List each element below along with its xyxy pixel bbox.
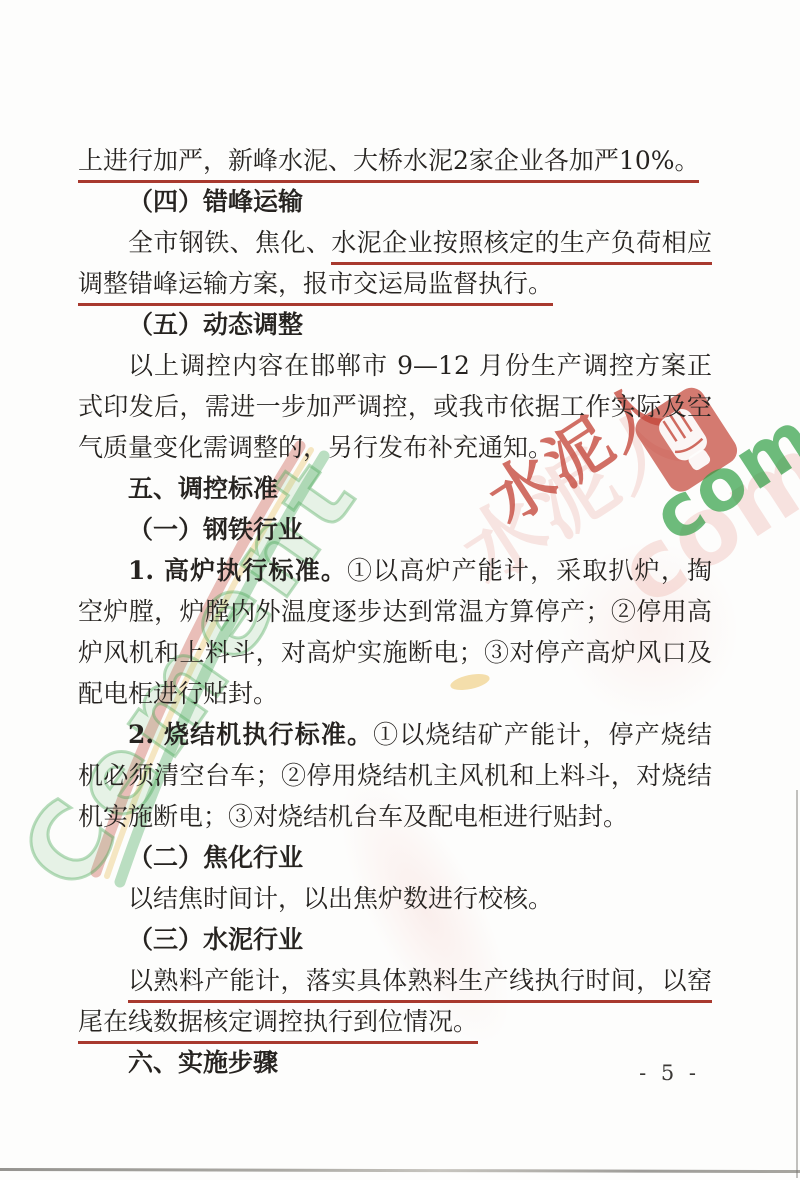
- heading: 六、实施步骤: [78, 1042, 712, 1083]
- heading: 五、调控标准: [78, 468, 712, 509]
- text-run: 上进行加严，新峰水泥、大桥水泥2家企业各加严10%。: [78, 146, 699, 183]
- paragraph: 2. 烧结机执行标准。①以烧结矿产能计，停产烧结机必须清空台车；②停用烧结机主风…: [78, 714, 712, 837]
- text-run: （四）错峰运输: [128, 187, 303, 216]
- text-run: 以上调控内容在邯郸市 9—12 月份生产调控方案正式印发后，需进一步加严调控，或…: [78, 351, 712, 462]
- heading: （四）错峰运输: [78, 181, 712, 222]
- text-run: 1. 高炉执行标准。: [128, 556, 347, 585]
- heading: （三）水泥行业: [78, 919, 712, 960]
- page-number: - 5 -: [639, 1061, 700, 1085]
- paragraph: 以上调控内容在邯郸市 9—12 月份生产调控方案正式印发后，需进一步加严调控，或…: [78, 345, 712, 468]
- scan-right-edge: [796, 790, 798, 1178]
- text-run: （二）焦化行业: [128, 843, 303, 872]
- paragraph: 1. 高炉执行标准。①以高炉产能计，采取扒炉，掏空炉膛，炉膛内外温度逐步达到常温…: [78, 550, 712, 714]
- scanned-document-page: Cement 水泥人 水泥人 com com 上进行加严，新峰水泥、大桥水泥2家…: [0, 0, 800, 1180]
- paragraph: 上进行加严，新峰水泥、大桥水泥2家企业各加严10%。: [78, 140, 712, 181]
- text-run: 全市钢铁、焦化、: [128, 228, 331, 257]
- document-content: 上进行加严，新峰水泥、大桥水泥2家企业各加严10%。（四）错峰运输全市钢铁、焦化…: [0, 0, 800, 1083]
- scan-bottom-edge: [0, 1168, 800, 1173]
- paragraph: 以熟料产能计，落实具体熟料生产线执行时间，以窑尾在线数据核定调控执行到位情况。: [78, 960, 712, 1042]
- text-run: 六、实施步骤: [128, 1048, 278, 1077]
- paragraph: 以结焦时间计，以出焦炉数进行校核。: [78, 878, 712, 919]
- text-run: 五、调控标准: [128, 474, 278, 503]
- heading: （一）钢铁行业: [78, 509, 712, 550]
- text-run: （五）动态调整: [128, 310, 303, 339]
- text-run: （一）钢铁行业: [128, 515, 303, 544]
- text-run: （三）水泥行业: [128, 925, 303, 954]
- text-run: 2. 烧结机执行标准。: [128, 720, 373, 749]
- text-run: 以结焦时间计，以出焦炉数进行校核。: [128, 884, 553, 913]
- heading: （五）动态调整: [78, 304, 712, 345]
- text-run: 以熟料产能计，落实具体熟料生产线执行时间，以窑尾在线数据核定调控执行到位情况。: [78, 966, 712, 1044]
- heading: （二）焦化行业: [78, 837, 712, 878]
- paragraph: 全市钢铁、焦化、水泥企业按照核定的生产负荷相应调整错峰运输方案，报市交运局监督执…: [78, 222, 712, 304]
